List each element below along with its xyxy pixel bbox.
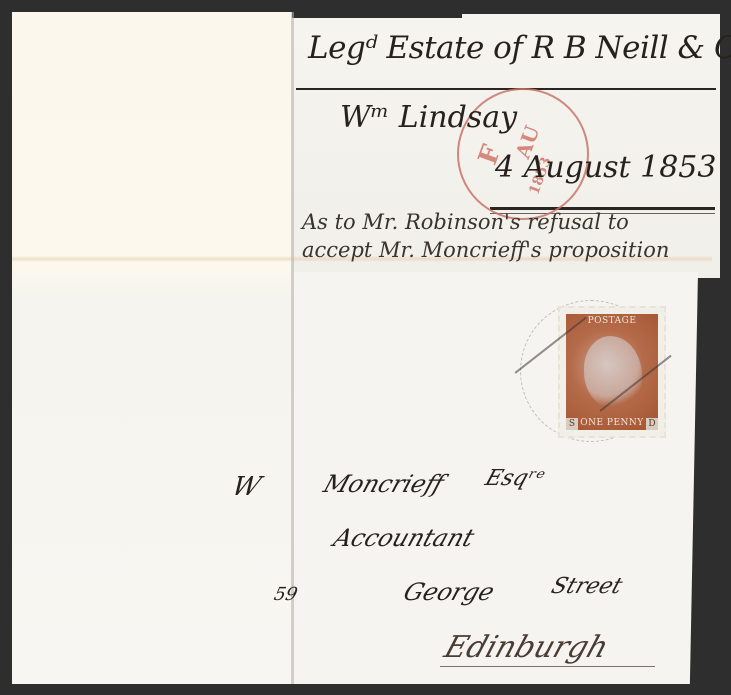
docket-date: 4 August 1853 (495, 150, 716, 185)
stamp-design: POSTAGE ONE PENNY S D (566, 314, 658, 430)
stamp-corner-right: D (646, 418, 658, 430)
address-street-type: Street (548, 574, 625, 599)
address-name: Moncrieff (320, 470, 447, 498)
docket-title: Legᵈ Estate of R B Neill & Coº (308, 30, 731, 66)
stamp-corner-left: S (566, 418, 578, 430)
stamp-bottom-label: ONE PENNY (566, 418, 658, 428)
address-street: George (400, 578, 498, 606)
address-occupation: Accountant (330, 524, 478, 552)
address-number: 59 (272, 584, 299, 605)
docket-note-line-1: As to Mr. Robinson's refusal to (302, 210, 629, 234)
address-city: Edinburgh (440, 630, 613, 665)
address-honorific: Esqʳᵉ (482, 466, 548, 491)
docket-note-line-2: accept Mr. Moncrieff's proposition (302, 238, 669, 262)
address-underline (440, 666, 655, 667)
docket-sender: Wᵐ Lindsay (340, 100, 517, 135)
letter-back-panel (12, 12, 294, 684)
flap-shadow (292, 4, 462, 18)
queen-victoria-portrait (584, 336, 642, 408)
